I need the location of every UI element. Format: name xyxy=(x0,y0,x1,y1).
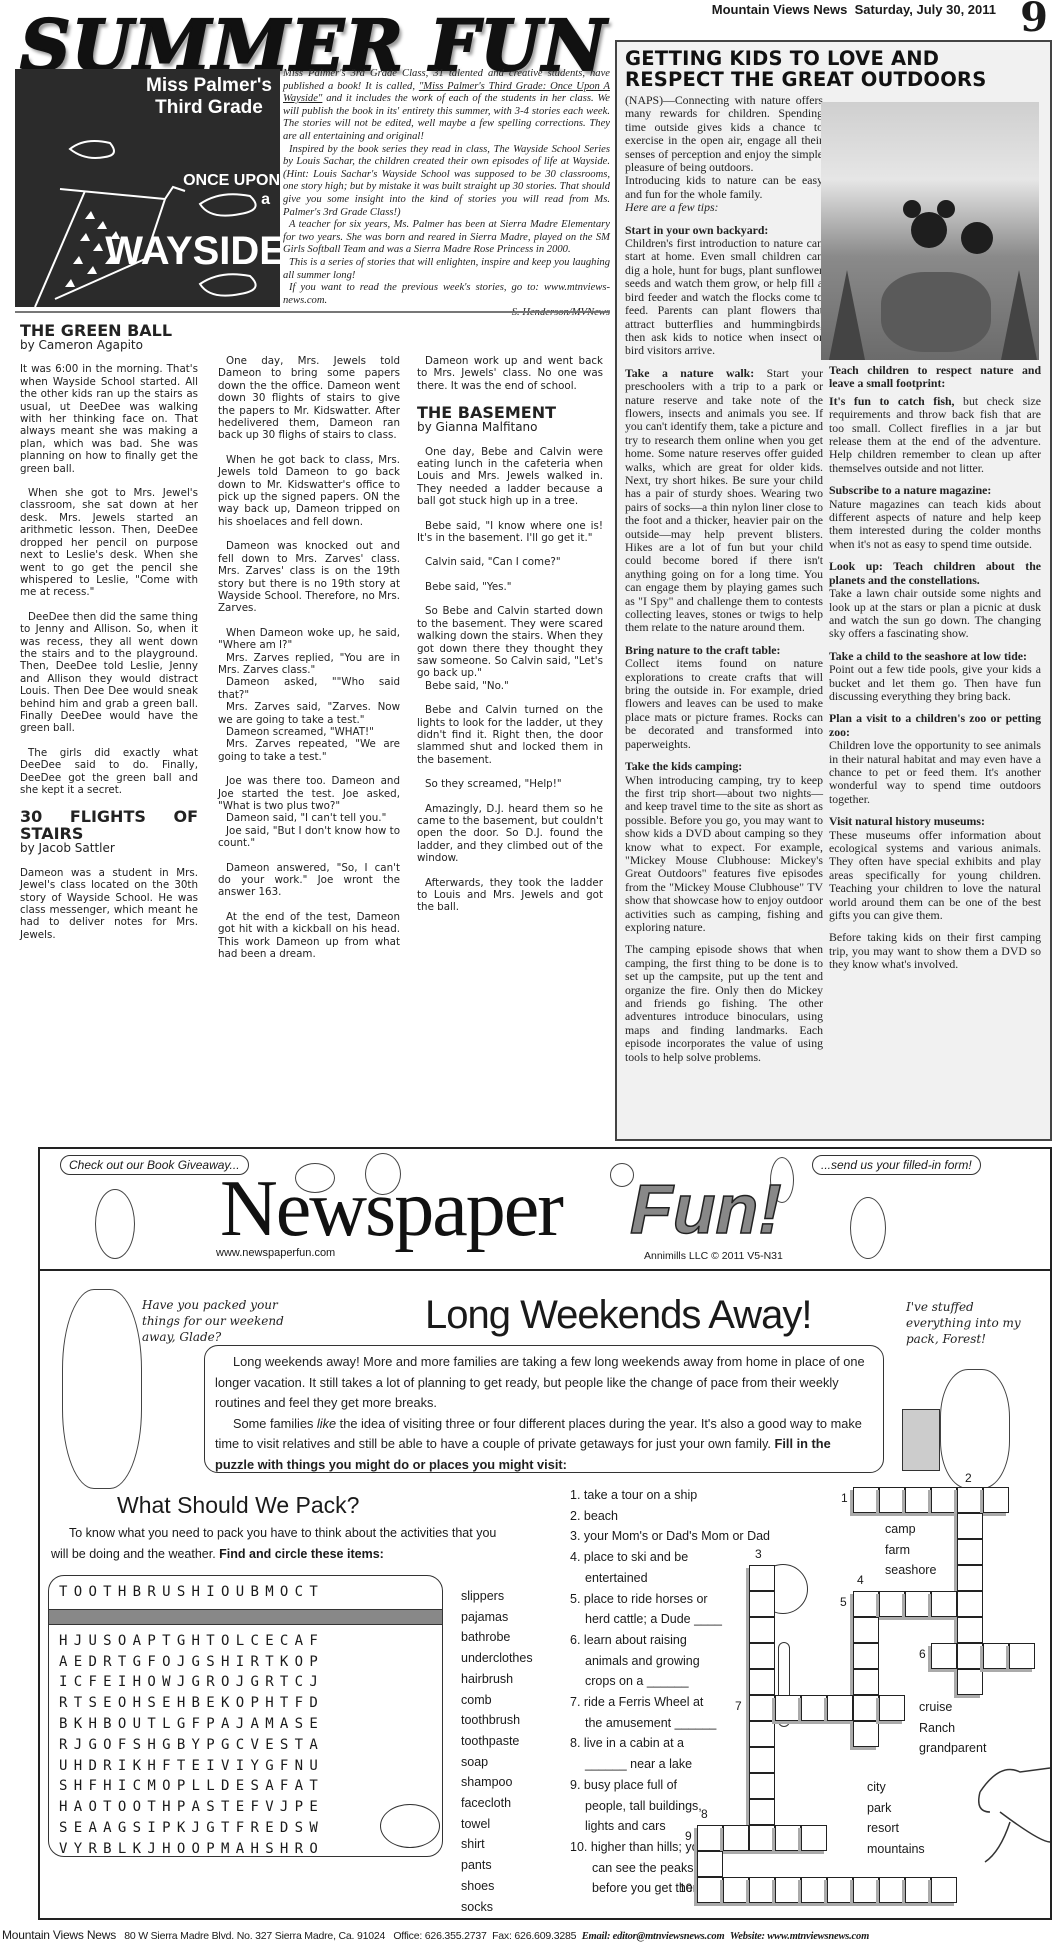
page-number: 9 xyxy=(1020,0,1048,41)
divider xyxy=(15,311,610,313)
grid-row[interactable]: BKHBOUTLGFPAJAMASE xyxy=(49,1714,442,1735)
mickey-mouse-camping-photo xyxy=(821,102,1039,360)
deer-icon xyxy=(850,1197,886,1259)
cover-title: Miss Palmer's Third Grade xyxy=(146,75,272,119)
header-dateline: Mountain Views News Saturday, July 30, 2… xyxy=(712,2,996,17)
soap-bubbles-icon xyxy=(380,1804,440,1848)
story-byline: by Jacob Sattler xyxy=(20,842,198,854)
article-body-col2: Teach children to respect nature and lea… xyxy=(829,364,1041,981)
bear-forest-icon xyxy=(940,1369,1010,1489)
footer-email[interactable]: Email: editor@mtnviewsnews.com xyxy=(582,1931,725,1942)
puzzle-headline: Long Weekends Away! xyxy=(425,1293,811,1337)
story-title: THE BASEMENT xyxy=(417,404,603,421)
word-bank-1: campfarmseashore xyxy=(885,1519,936,1581)
story-byline: by Cameron Agapito xyxy=(20,339,198,351)
publication-name: Mountain Views News xyxy=(712,2,848,17)
grid-row[interactable]: UHDRIKHFTEIVIYGFNU xyxy=(49,1756,442,1777)
grid-row[interactable]: TOOTHBRUSHIOUBMOCT xyxy=(49,1576,442,1609)
word-search-instructions: To know what you need to pack you have t… xyxy=(51,1523,511,1565)
story-column-3: Dameon work up and went back to Mrs. Jew… xyxy=(417,355,603,926)
story-byline: by Gianna Malfitano xyxy=(417,421,603,433)
story-column-1: THE GREEN BALL by Cameron Agapito It was… xyxy=(20,320,198,953)
book-cover-image: Miss Palmer's Third Grade ONCE UPON a WA… xyxy=(15,69,280,307)
bear-glade-icon xyxy=(62,1289,142,1489)
horse-icon xyxy=(970,1752,1056,1872)
speech-right: I've stuffed everything into my pack, Fo… xyxy=(906,1299,1026,1347)
article-body-col1: (NAPS)—Connecting with nature offers man… xyxy=(625,94,823,1064)
speech-bubble-right: ...send us your filled-in form! xyxy=(812,1155,981,1175)
newspaper-fun-section: Check out our Book Giveaway... ...send u… xyxy=(38,1147,1052,1920)
masthead: SUMMER FUN xyxy=(0,0,620,70)
bear-icon xyxy=(95,1189,135,1259)
footer-website[interactable]: Website: www.mtnviewsnews.com xyxy=(730,1931,869,1942)
grid-row[interactable]: RJGOFSHGBYPGCVESTA xyxy=(49,1735,442,1756)
photo-credit: S. Henderson/MVNews xyxy=(512,307,610,320)
copyright: Annimills LLC © 2011 V5-N31 xyxy=(644,1250,783,1262)
word-bank-3: cityparkresortmountains xyxy=(867,1777,925,1859)
grid-row[interactable]: VYRBLKJHOOPMAHSHRO xyxy=(49,1839,442,1857)
word-list: slippers pajamas bathrobe underclothes h… xyxy=(461,1586,533,1917)
grid-row[interactable]: ICFEIHOWJGROJGRTCJ xyxy=(49,1672,442,1693)
backpack-icon xyxy=(902,1409,940,1471)
newspaper-fun-url[interactable]: www.newspaperfun.com xyxy=(216,1247,335,1259)
page-footer: Mountain Views News 80 W Sierra Madre Bl… xyxy=(0,1928,1056,1942)
grid-row[interactable]: RTSEOHSEHBEKOPHTFD xyxy=(49,1693,442,1714)
grid-row[interactable]: HJUSOAPTGHTOLCECAF xyxy=(49,1631,442,1652)
story-title: 30 FLIGHTS OF STAIRS xyxy=(20,808,198,842)
issue-date: Saturday, July 30, 2011 xyxy=(855,2,996,17)
story-column-2: One day, Mrs. Jewels told Dameon to brin… xyxy=(218,355,400,972)
word-search-title: What Should We Pack? xyxy=(117,1492,359,1519)
newspaper-fun-accent: Fun! xyxy=(630,1169,782,1249)
speech-left: Have you packed your things for our week… xyxy=(142,1297,312,1345)
puzzle-story: Long weekends away! More and more famili… xyxy=(204,1345,884,1473)
crossword-grid[interactable]: 1 2 3 4 5 6 7 8 9 10 campfarmseashore cr… xyxy=(685,1487,1025,1907)
story-title: THE GREEN BALL xyxy=(20,322,198,339)
grid-row[interactable]: SHFHICMOPLLDESAFAT xyxy=(49,1776,442,1797)
intro-article: Miss Palmer's 3rd Grade Class, 31 talent… xyxy=(283,68,610,320)
grid-row[interactable]: AEDRTGFOJGSHIRTKOP xyxy=(49,1652,442,1673)
newspaper-fun-title: Newspaper xyxy=(220,1164,562,1254)
outdoors-article: GETTING KIDS TO LOVE AND RESPECT THE GRE… xyxy=(615,40,1052,1141)
article-title: GETTING KIDS TO LOVE AND RESPECT THE GRE… xyxy=(625,48,1042,90)
towel-stripe xyxy=(49,1609,442,1625)
newspaper-fun-banner: Check out our Book Giveaway... ...send u… xyxy=(40,1149,1050,1271)
word-bank-2: cruiseRanchgrandparent xyxy=(919,1697,986,1759)
